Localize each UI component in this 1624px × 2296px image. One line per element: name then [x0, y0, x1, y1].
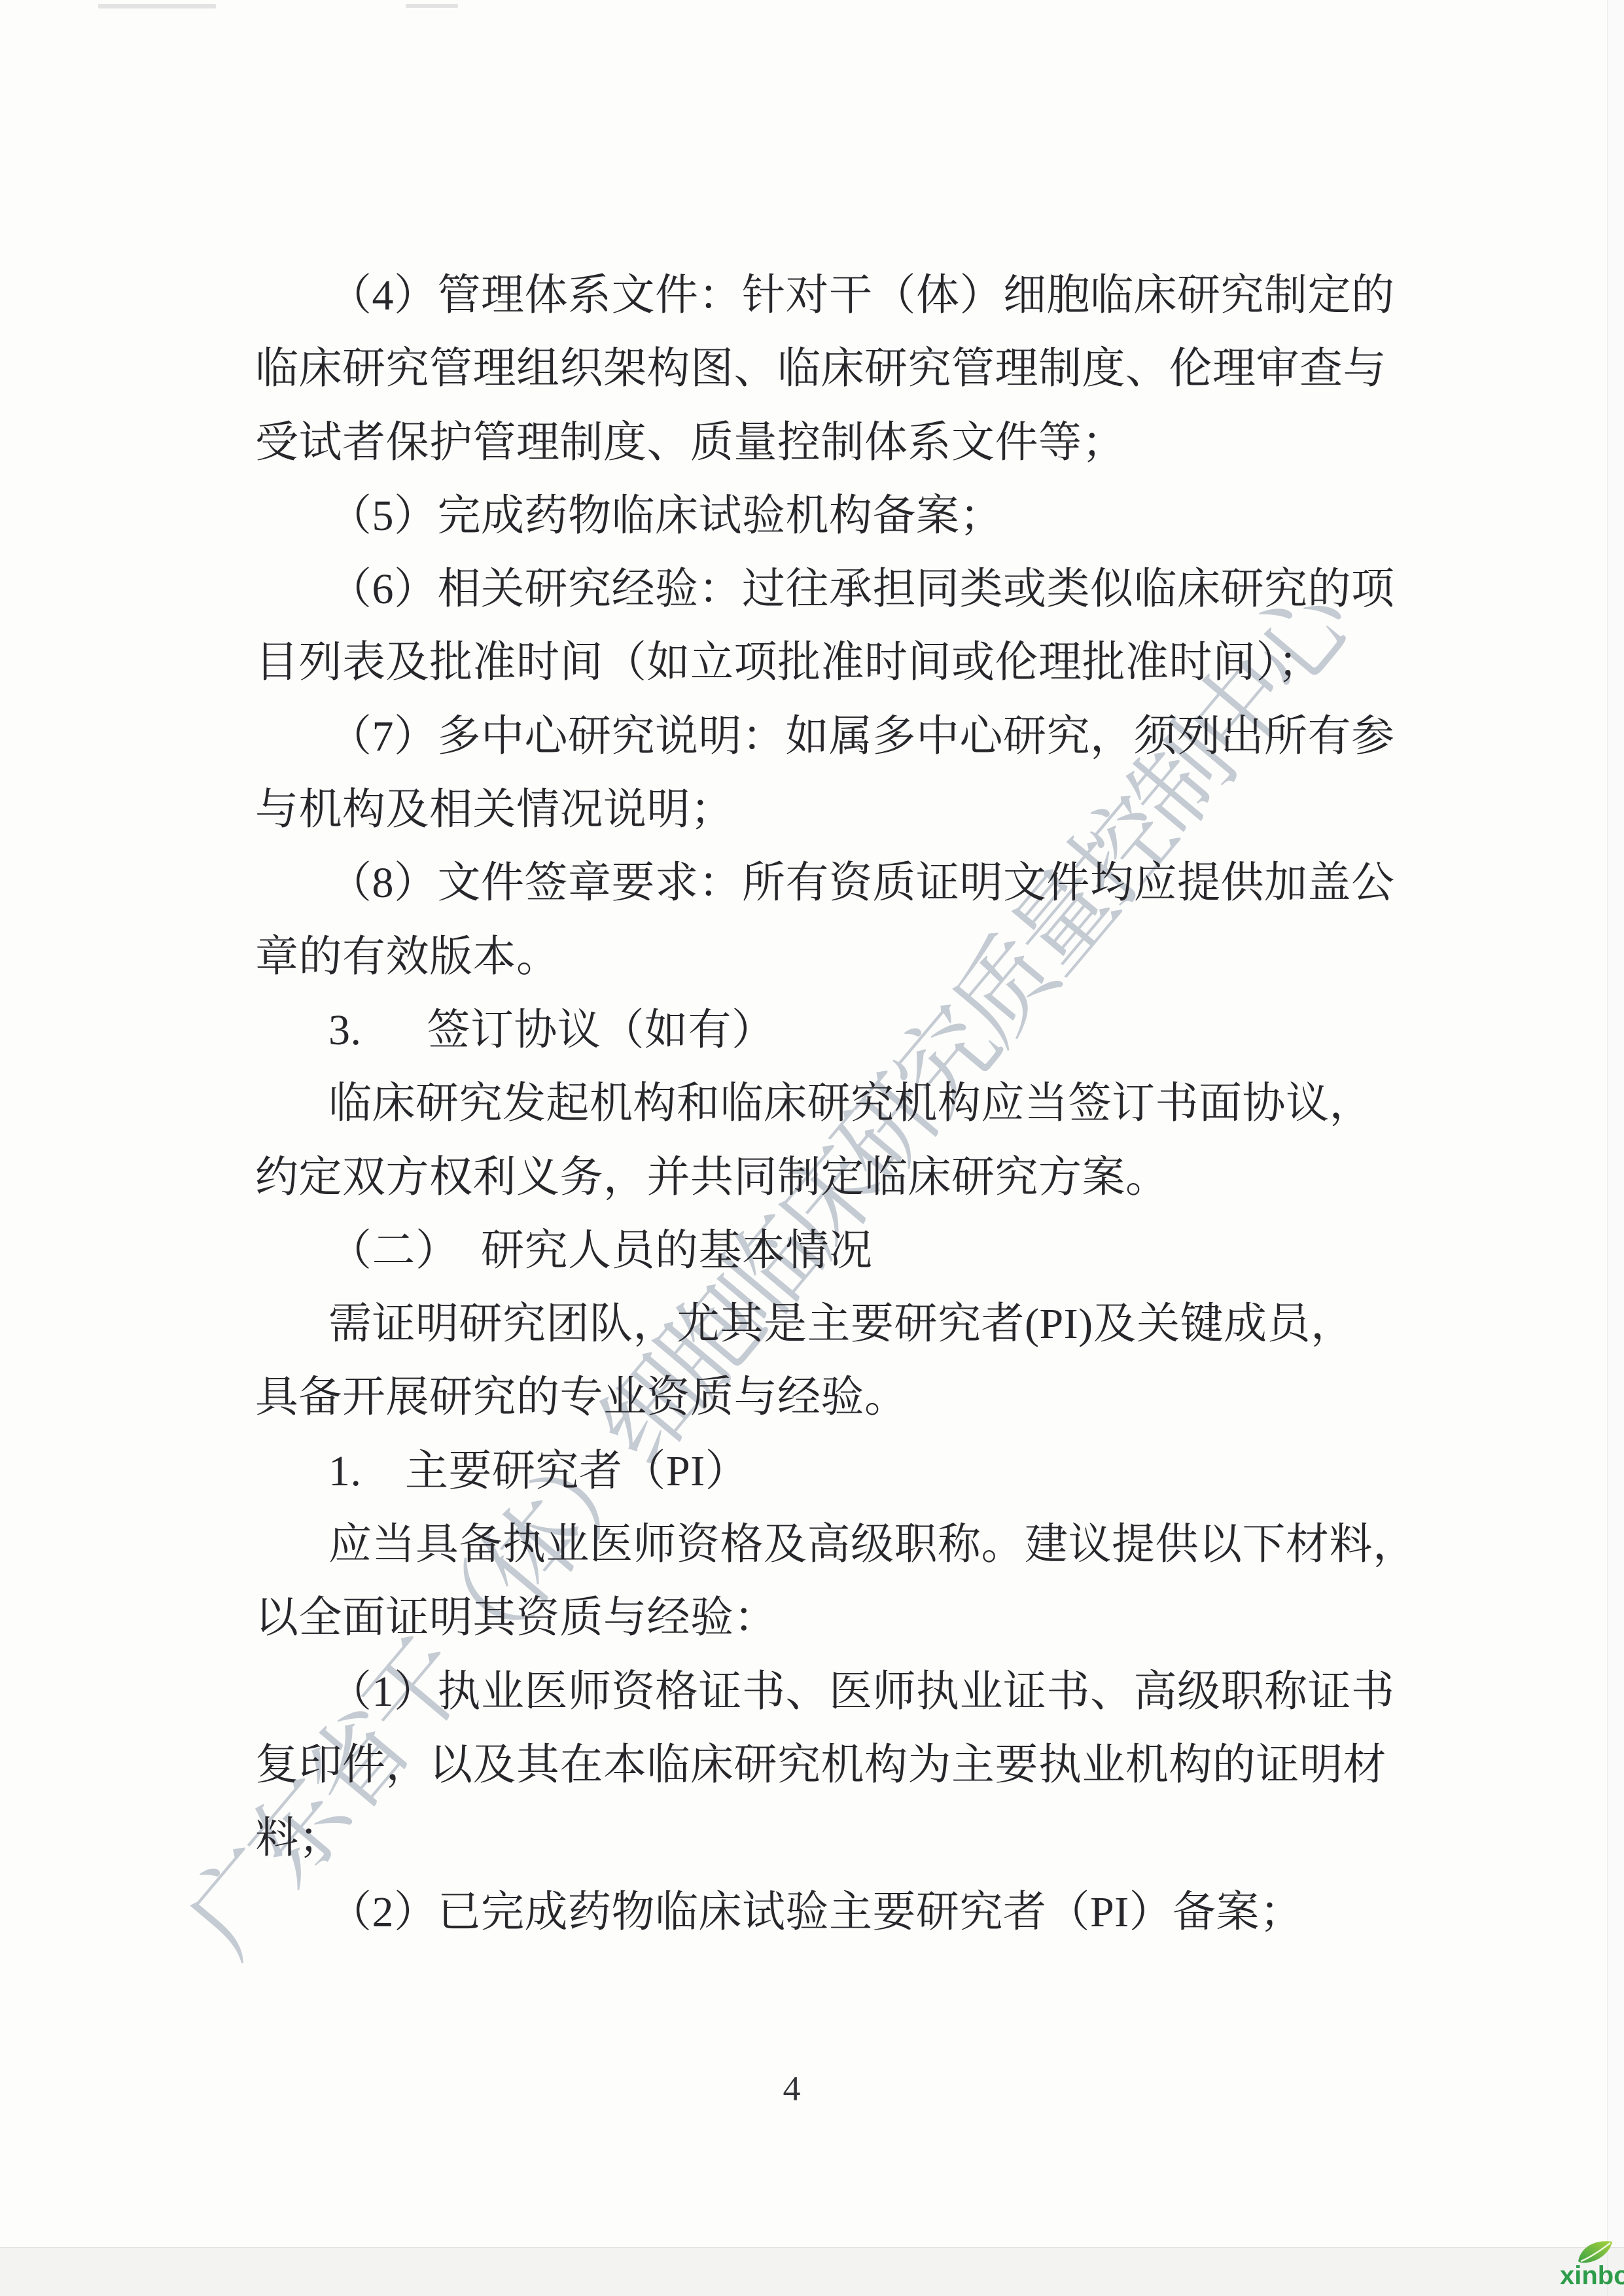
- text-line: 目列表及批准时间（如立项批准时间或伦理批准时间）；: [255, 626, 1407, 699]
- text-line: 应当具备执业医师资格及高级职称。建议提供以下材料，: [255, 1508, 1407, 1581]
- text-line: 临床研究发起机构和临床研究机构应当签订书面协议，: [255, 1067, 1407, 1140]
- text-line: 受试者保护管理制度、质量控制体系文件等；: [255, 406, 1407, 480]
- text-line: 以全面证明其资质与经验：: [255, 1581, 1407, 1655]
- text-line: 1. 主要研究者（PI）: [255, 1435, 1407, 1508]
- logo-text: xinbo: [1560, 2263, 1624, 2289]
- text-line: 约定双方权利义务，并共同制定临床研究方案。: [255, 1141, 1407, 1214]
- text-line: 临床研究管理组织架构图、临床研究管理制度、伦理审查与: [255, 332, 1407, 406]
- text-line: 3. 签订协议（如有）: [255, 994, 1407, 1067]
- text-line: （1）执业医师资格证书、医师执业证书、高级职称证书: [255, 1655, 1407, 1729]
- scan-right-margin: [1608, 0, 1624, 2247]
- text-line: 具备开展研究的专业资质与经验。: [255, 1361, 1407, 1434]
- page-edge-horizontal-line: [0, 2247, 1624, 2248]
- body-text: （4）管理体系文件：针对干（体）细胞临床研究制定的临床研究管理组织架构图、临床研…: [255, 259, 1407, 1949]
- scan-artifact: [406, 4, 458, 8]
- scan-bottom-band: [0, 2248, 1624, 2296]
- text-line: （6）相关研究经验：过往承担同类或类似临床研究的项: [255, 553, 1407, 626]
- page-edge-vertical-line: [1607, 0, 1608, 2296]
- document-page: 广东省干（体）细胞临床研究质量控制中心 （4）管理体系文件：针对干（体）细胞临床…: [0, 0, 1624, 2296]
- page-number: 4: [746, 2071, 838, 2106]
- text-line: （8）文件签章要求：所有资质证明文件均应提供加盖公: [255, 847, 1407, 920]
- text-line: 复印件，以及其在本临床研究机构为主要执业机构的证明材: [255, 1729, 1407, 1802]
- xinbo-logo: xinbo: [1560, 2236, 1624, 2292]
- scan-artifact: [98, 4, 216, 9]
- text-line: （7）多中心研究说明：如属多中心研究，须列出所有参: [255, 700, 1407, 773]
- text-line: 料；: [255, 1802, 1407, 1875]
- text-line: （5）完成药物临床试验机构备案；: [255, 480, 1407, 553]
- text-line: 需证明研究团队，尤其是主要研究者(PI)及关键成员，: [255, 1288, 1407, 1361]
- text-line: 与机构及相关情况说明；: [255, 773, 1407, 847]
- text-line: （二） 研究人员的基本情况: [255, 1214, 1407, 1288]
- text-line: （4）管理体系文件：针对干（体）细胞临床研究制定的: [255, 259, 1407, 332]
- text-line: 章的有效版本。: [255, 921, 1407, 994]
- text-line: （2）已完成药物临床试验主要研究者（PI）备案；: [255, 1876, 1407, 1949]
